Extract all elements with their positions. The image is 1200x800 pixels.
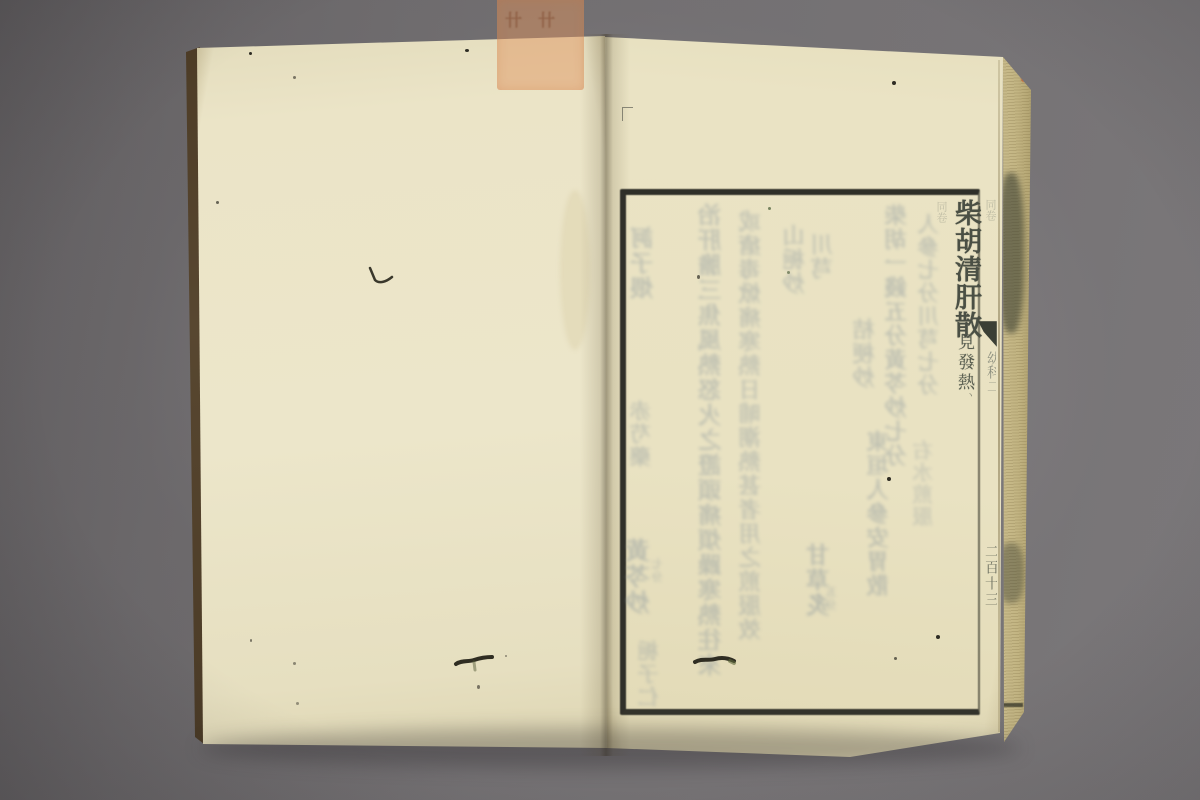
photo-of-open-book: 訶子煨 赤芍藥 黃芩炒 梔子仁 治肝膽三焦風熱怒火之證頭痛煩躁寒熱往來 或瘡毒焮… — [0, 0, 1200, 800]
margin-ghost-text: 同卷 — [932, 201, 947, 261]
red-speck — [1021, 75, 1026, 82]
bleedthrough-text-column: 右水煎服 — [914, 440, 934, 550]
folio-page-number: 二百十三 — [980, 544, 997, 624]
bleedthrough-text-column: 訶子煨 — [632, 226, 655, 316]
bleedthrough-text-column: 黃芩炒 — [628, 538, 652, 628]
folio-number-clip: 二百十三 — [980, 544, 997, 624]
ink-speck — [936, 635, 940, 639]
ink-speck — [505, 655, 507, 657]
paper-label: 卄卄 — [497, 0, 584, 90]
banxin-volume-text: 同卷 — [981, 199, 996, 261]
moss-speck — [787, 271, 790, 274]
fore-edge-ink-smudge — [998, 543, 1024, 603]
fore-edge-frame-line — [997, 703, 1023, 707]
bleedthrough-text-column: 或瘡毒焮痛寒熱日晡潮熱甚者用之煎服效 — [740, 210, 762, 708]
bleedthrough-text-column: 山梔炒 — [784, 224, 806, 304]
moss-speck — [768, 207, 771, 210]
page-fold-crease — [998, 60, 1000, 732]
ink-speck — [250, 639, 252, 642]
label-faint-marks: 卄卄 — [505, 6, 581, 31]
bleedthrough-text-column: 治肝膽三焦風熱怒火之證頭痛煩躁寒熱往來 — [700, 203, 723, 708]
bleedthrough-text-column: 梔子仁 — [638, 640, 659, 710]
blank-verso-page — [195, 34, 610, 750]
ink-smudge — [452, 648, 498, 676]
bleedthrough-text-column: 柴胡一錢五分黃芩炒七分 — [886, 204, 908, 484]
ink-smudge — [366, 262, 396, 288]
ink-speck — [249, 52, 252, 55]
ink-speck — [293, 662, 296, 665]
bleedthrough-annotation: 七分 — [652, 558, 663, 588]
ink-speck — [892, 81, 896, 85]
bleedthrough-text-column: 川芎 — [812, 233, 834, 293]
section-label-clip: 幼科二 — [980, 351, 996, 411]
ink-speck — [697, 275, 700, 279]
pencil-mark — [622, 107, 633, 121]
bleedthrough-text-column: 赤芍藥 — [630, 400, 651, 480]
ink-speck — [894, 657, 897, 660]
paper-stain — [560, 190, 590, 350]
bleedthrough-text-column: 桔梗炒 — [854, 318, 876, 408]
kunten-reading-mark: ヽ — [968, 358, 977, 371]
ink-speck — [296, 702, 299, 705]
kunten-reading-mark: ヽ — [966, 388, 975, 401]
ink-speck — [465, 49, 469, 52]
ink-speck — [887, 477, 891, 481]
section-label: 幼科二 — [980, 351, 996, 411]
ink-speck — [293, 76, 296, 79]
bleedthrough-annotation: 五分 — [826, 586, 837, 616]
ink-speck — [477, 685, 480, 689]
ink-smudge — [690, 648, 740, 676]
cross-reference-note: 見發熱 — [948, 333, 972, 423]
ink-speck — [216, 201, 219, 204]
